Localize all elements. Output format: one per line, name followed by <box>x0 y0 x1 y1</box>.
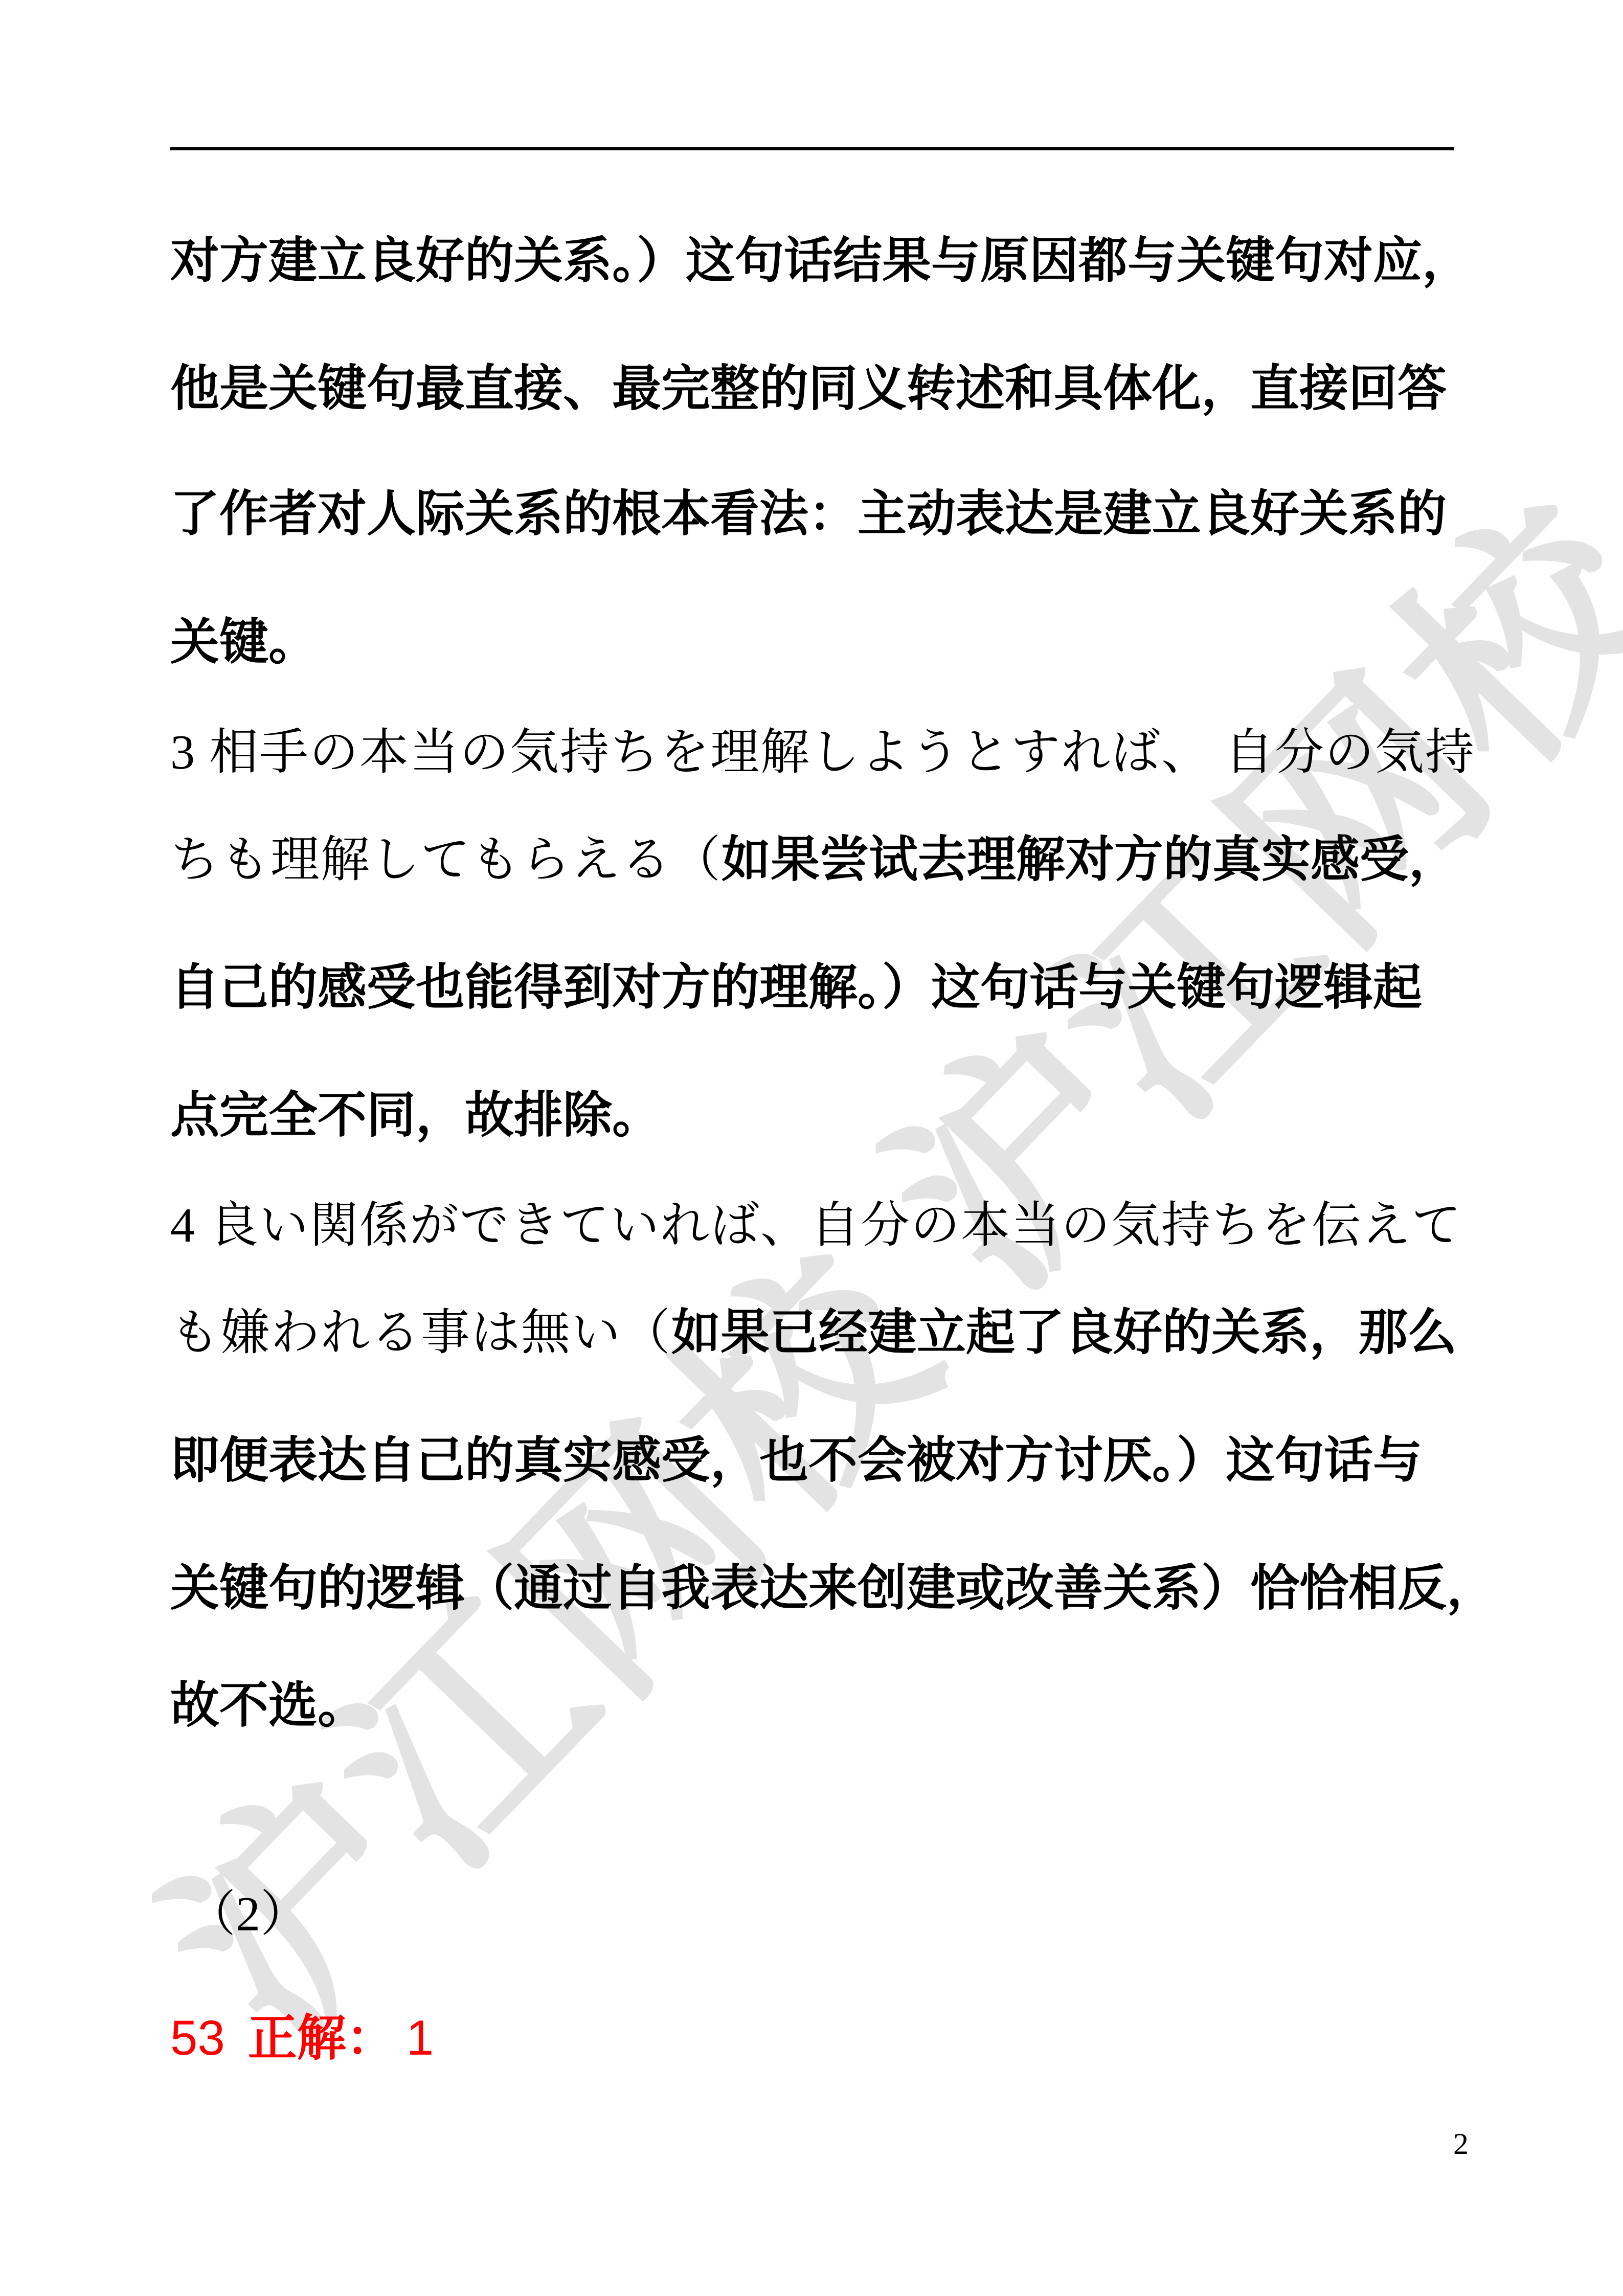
text-line: 即便表达自己的真实感受，也不会被对方讨厌。）这句话与 <box>170 1436 1454 1485</box>
answer-value: 1 <box>407 2011 434 2065</box>
cn-text-segment: 如果已经建立起了良好的关系，那么 <box>671 1305 1457 1360</box>
cn-text-segment: 点完全不同，故排除。 <box>170 1088 661 1142</box>
cn-text-segment: 他是关键句最直接、最完整的同义转述和具体化，直接回答 <box>170 361 1447 416</box>
page-number: 2 <box>1453 2128 1469 2159</box>
cn-text-segment: 自己的感受也能得到对方的理解。）这句话与关键句逻辑起 <box>170 960 1422 1015</box>
text-line: 关键。 <box>170 618 1454 667</box>
text-line: 了作者对人际关系的根本看法：主动表达是建立良好关系的 <box>170 489 1454 538</box>
text-line: 他是关键句最直接、最完整的同义转述和具体化，直接回答 <box>170 364 1454 413</box>
cn-text-segment: 如果尝试去理解对方的真实感受， <box>722 832 1458 887</box>
header-rule <box>170 147 1454 150</box>
text-line: 关键句的逻辑（通过自我表达来创建或改善关系）恰恰相反， <box>170 1564 1454 1613</box>
text-line: ちも理解してもらえる（如果尝试去理解对方的真实感受， <box>170 835 1454 884</box>
text-line: 对方建立良好的关系。）这句话结果与原因都与关键句对应， <box>170 236 1454 285</box>
text-line: も嫌われる事は無い（如果已经建立起了良好的关系，那么 <box>170 1308 1454 1357</box>
text-line: 3 相手の本当の気持ちを理解しようとすれば、 自分の気持 <box>170 728 1454 777</box>
text-line: 自己的感受也能得到对方的理解。）这句话与关键句逻辑起 <box>170 963 1454 1012</box>
cn-text-segment: 关键句的逻辑（通过自我表达来创建或改善关系）恰恰相反， <box>170 1561 1496 1615</box>
cn-text-segment: 了作者对人际关系的根本看法：主动表达是建立良好关系的 <box>170 486 1447 541</box>
cn-text-segment: 对方建立良好的关系。）这句话结果与原因都与关键句对应， <box>170 233 1471 288</box>
jp-text-segment: も嫌われる事は無い（ <box>170 1305 671 1360</box>
text-line: 4 良い関係ができていれば、自分の本当の気持ちを伝えて <box>170 1201 1454 1250</box>
text-line: 故不选。 <box>170 1681 1454 1730</box>
cn-text-segment: 关键。 <box>170 615 318 669</box>
answer-line: 53正解：1 <box>170 2014 434 2063</box>
text-line: 点完全不同，故排除。 <box>170 1091 1454 1140</box>
answer-question-number: 53 <box>170 2011 225 2065</box>
cn-text-segment: 故不选。 <box>170 1678 367 1732</box>
document-page: 沪江网校 沪江网校 对方建立良好的关系。）这句话结果与原因都与关键句对应， 他是… <box>0 0 1623 2296</box>
answer-label: 正解： <box>248 2011 395 2065</box>
jp-text-segment: ちも理解してもらえる（ <box>170 832 722 887</box>
cn-text-segment: 即便表达自己的真实感受，也不会被对方讨厌。）这句话与 <box>170 1433 1422 1488</box>
jp-text-segment: 3 相手の本当の気持ちを理解しようとすれば、 自分の気持 <box>170 725 1475 779</box>
section-label: （2） <box>187 1889 309 1939</box>
jp-text-segment: 4 良い関係ができていれば、自分の本当の気持ちを伝えて <box>170 1198 1462 1252</box>
